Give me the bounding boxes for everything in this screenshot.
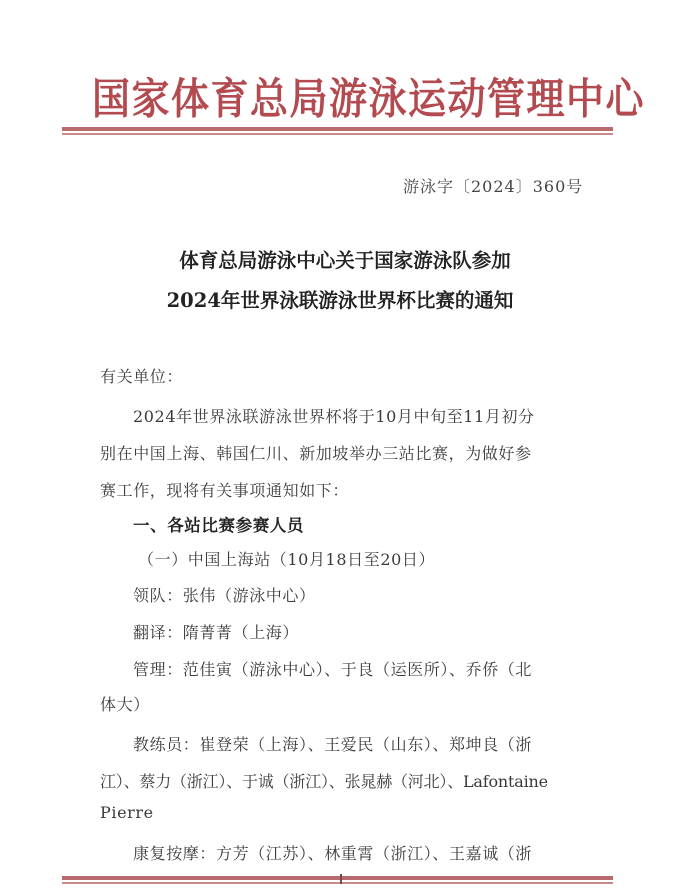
document-number: 游泳字〔2024〕360号 (403, 174, 583, 197)
management-line-1: 管理：范佳寅（游泳中心）、于良（运医所）、乔侨（北 (133, 657, 615, 680)
management-line-2: 体大） (100, 692, 582, 715)
page-marker (340, 874, 342, 884)
station-1-heading: （一）中国上海站（10月18日至20日） (138, 547, 620, 570)
coaches-line-2: 江）、蔡力（浙江）、于诚（浙江）、张晁赫（河北）、Lafontaine (100, 769, 582, 792)
salutation: 有关单位： (100, 364, 582, 387)
team-leader: 领队：张伟（游泳中心） (133, 583, 615, 606)
bottom-red-rule (62, 876, 613, 885)
coaches-line-1: 教练员：崔登荣（上海）、王爱民（山东）、郑坤良（浙 (133, 732, 615, 755)
translator: 翻译：隋菁菁（上海） (133, 620, 615, 643)
rule-thick-line (62, 876, 613, 880)
section-1-heading: 一、各站比赛参赛人员 (133, 512, 615, 536)
rule-thin-line (62, 882, 613, 884)
intro-line-2: 别在中国上海、韩国仁川、新加坡举办三站比赛，为做好参 (100, 441, 582, 464)
coaches-line-3: Pierre (100, 803, 582, 822)
top-red-rule (62, 127, 613, 136)
rule-thin-line (62, 133, 613, 135)
intro-line-3: 赛工作，现将有关事项通知如下： (100, 478, 582, 501)
masthead-title: 国家体育总局游泳运动管理中心 (92, 64, 592, 126)
rehab-massage-line: 康复按摩：方芳（江苏）、林重霄（浙江）、王嘉诚（浙 (133, 841, 615, 864)
document-title-line-2: 2024年世界泳联游泳世界杯比赛的通知 (3, 285, 674, 313)
intro-line-1: 2024年世界泳联游泳世界杯将于10月中旬至11月初分 (133, 404, 615, 427)
document-title-line-1: 体育总局游泳中心关于国家游泳队参加 (8, 245, 674, 273)
rule-thick-line (62, 127, 613, 131)
